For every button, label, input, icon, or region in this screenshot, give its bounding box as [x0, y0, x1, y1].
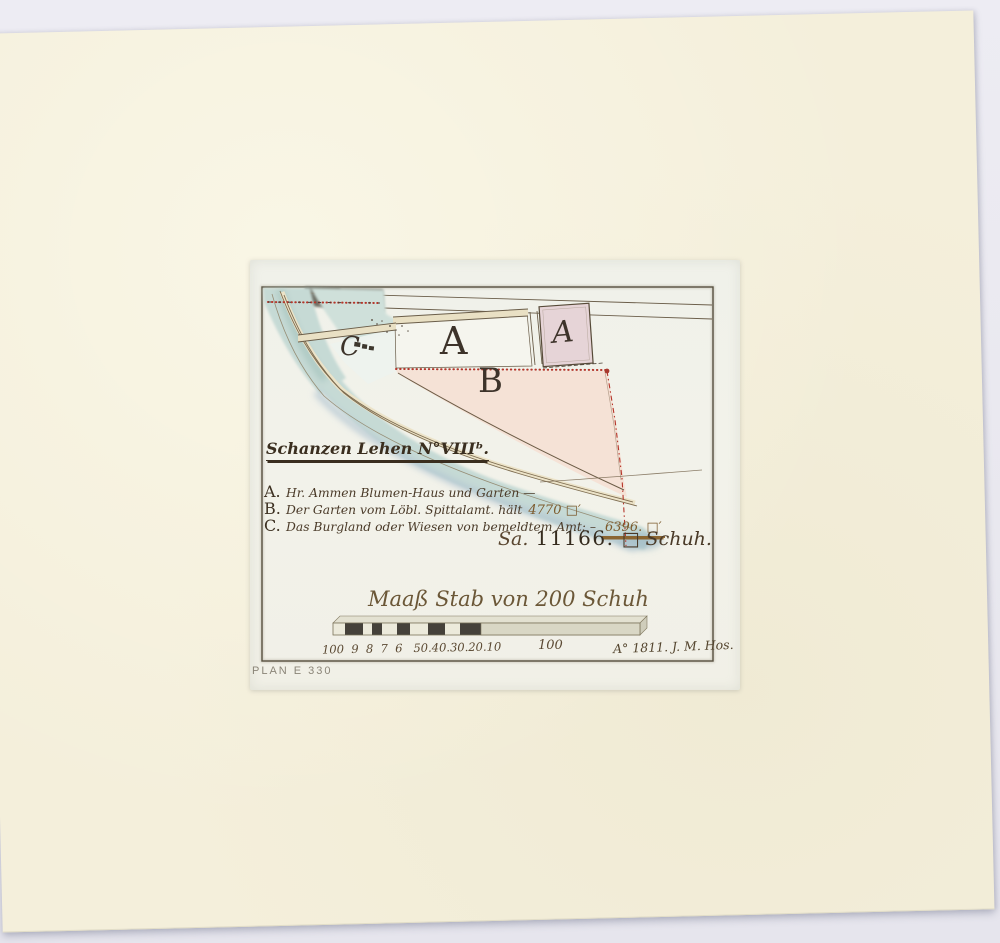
- area-label-c: C: [340, 334, 360, 360]
- sum-value: 11166.: [533, 526, 616, 550]
- area-sum: Sa. 11166. □ Schuh.: [498, 526, 712, 550]
- legend-row-a: A. Hr. Ammen Blumen-Haus und Garten —: [264, 482, 704, 499]
- area-a-fill: [393, 309, 542, 368]
- scan-backdrop: C A A B Schanzen Lehen N°VIIIᵇ. A. Hr. A…: [0, 0, 1000, 943]
- scale-right-label: 100: [538, 638, 563, 653]
- area-label-a-main: A: [440, 322, 467, 360]
- legend-text: Hr. Ammen Blumen-Haus und Garten —: [286, 486, 535, 500]
- legend-row-b: B. Der Garten vom Löbl. Spittalamt. hält…: [264, 499, 704, 516]
- sum-unit: □ Schuh.: [622, 528, 712, 550]
- area-b-fill: [396, 370, 627, 497]
- legend-text: Der Garten vom Löbl. Spittalamt. hält: [286, 503, 522, 517]
- scale-title: Maaß Stab von 200 Schuh: [368, 587, 649, 611]
- legend-value: 4770 □′: [528, 503, 580, 518]
- plan-document: C A A B Schanzen Lehen N°VIIIᵇ. A. Hr. A…: [250, 260, 740, 690]
- sum-prefix: Sa.: [498, 528, 528, 550]
- legend-letter: C.: [264, 516, 286, 535]
- area-label-a-small: A: [551, 317, 575, 349]
- scale-bar: [333, 616, 647, 635]
- map-drawing: [250, 260, 740, 690]
- plan-title: Schanzen Lehen N°VIIIᵇ.: [266, 439, 489, 461]
- area-label-b: B: [478, 364, 503, 398]
- archive-label: PLAN E 330: [252, 665, 333, 677]
